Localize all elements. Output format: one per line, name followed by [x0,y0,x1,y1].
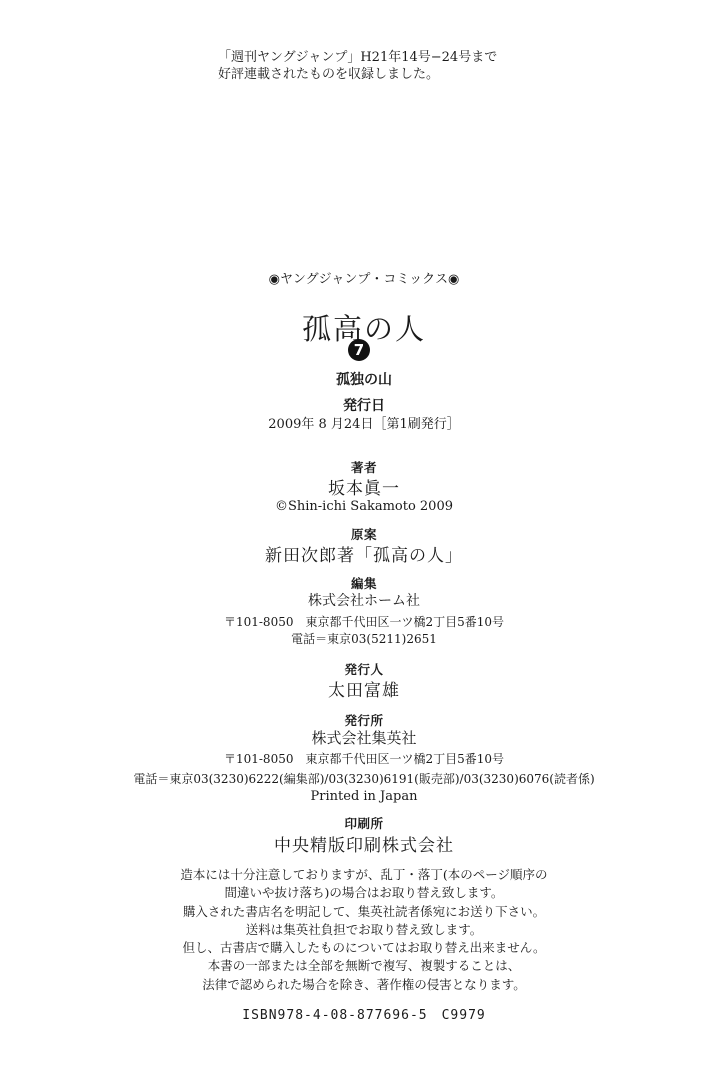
serialization-note-line-2: 好評連載されたものを収録しました。 [218,66,497,83]
legal-notice-line: 購入された書店名を明記して、集英社読者係宛にお送り下さい。 [0,903,728,921]
editor-address: 〒101-8050 東京都千代田区一ツ橋2丁目5番10号 [0,613,728,630]
legal-notice-line: 間違いや抜け落ち)の場合はお取り替え致します。 [0,884,728,902]
publication-date: 2009年 8 月24日［第1刷発行］ [0,413,728,432]
legal-notice: 造本には十分注意しておりますが、乱丁・落丁(本のページ順序の 間違いや抜け落ち)… [0,866,728,994]
copyright-notice: ©Shin-ichi Sakamoto 2009 [0,499,728,514]
editor-company: 株式会社ホーム社 [0,590,728,610]
serialization-note-line-1: 「週刊ヤングジャンプ」H21年14号−24号まで [218,49,497,66]
series-label: ◉ヤングジャンプ・コミックス◉ [0,268,728,287]
publisher-company: 株式会社集英社 [0,727,728,748]
legal-notice-line: 但し、古書店で購入したものについてはお取り替え出来ません。 [0,939,728,957]
serialization-note: 「週刊ヤングジャンプ」H21年14号−24号まで 好評連載されたものを収録しまし… [218,49,497,83]
printer-company: 中央精版印刷株式会社 [0,831,728,856]
publisher-address: 〒101-8050 東京都千代田区一ツ橋2丁目5番10号 [0,750,728,767]
legal-notice-line: 法律で認められた場合を除き、著作権の侵害となります。 [0,976,728,994]
editor-phone: 電話＝東京03(5211)2651 [0,630,728,647]
printed-in-japan: Printed in Japan [0,789,728,804]
volume-number-badge: 7 [348,339,370,361]
legal-notice-line: 送料は集英社負担でお取り替え致します。 [0,921,728,939]
legal-notice-line: 造本には十分注意しておりますが、乱丁・落丁(本のページ順序の [0,866,728,884]
publisher-phone: 電話＝東京03(3230)6222(編集部)/03(3230)6191(販売部)… [0,770,728,787]
isbn-code: ISBN978-4-08-877696-5 C9979 [0,1004,728,1023]
author-name: 坂本眞一 [0,474,728,499]
printer-label: 印刷所 [0,814,728,832]
legal-notice-line: 本書の一部または全部を無断で複写、複製することは、 [0,957,728,975]
original-work: 新田次郎著「孤高の人」 [0,541,728,566]
publisher-person-name: 太田富雄 [0,676,728,701]
publication-date-label: 発行日 [0,395,728,415]
volume-subtitle: 孤独の山 [0,369,728,389]
